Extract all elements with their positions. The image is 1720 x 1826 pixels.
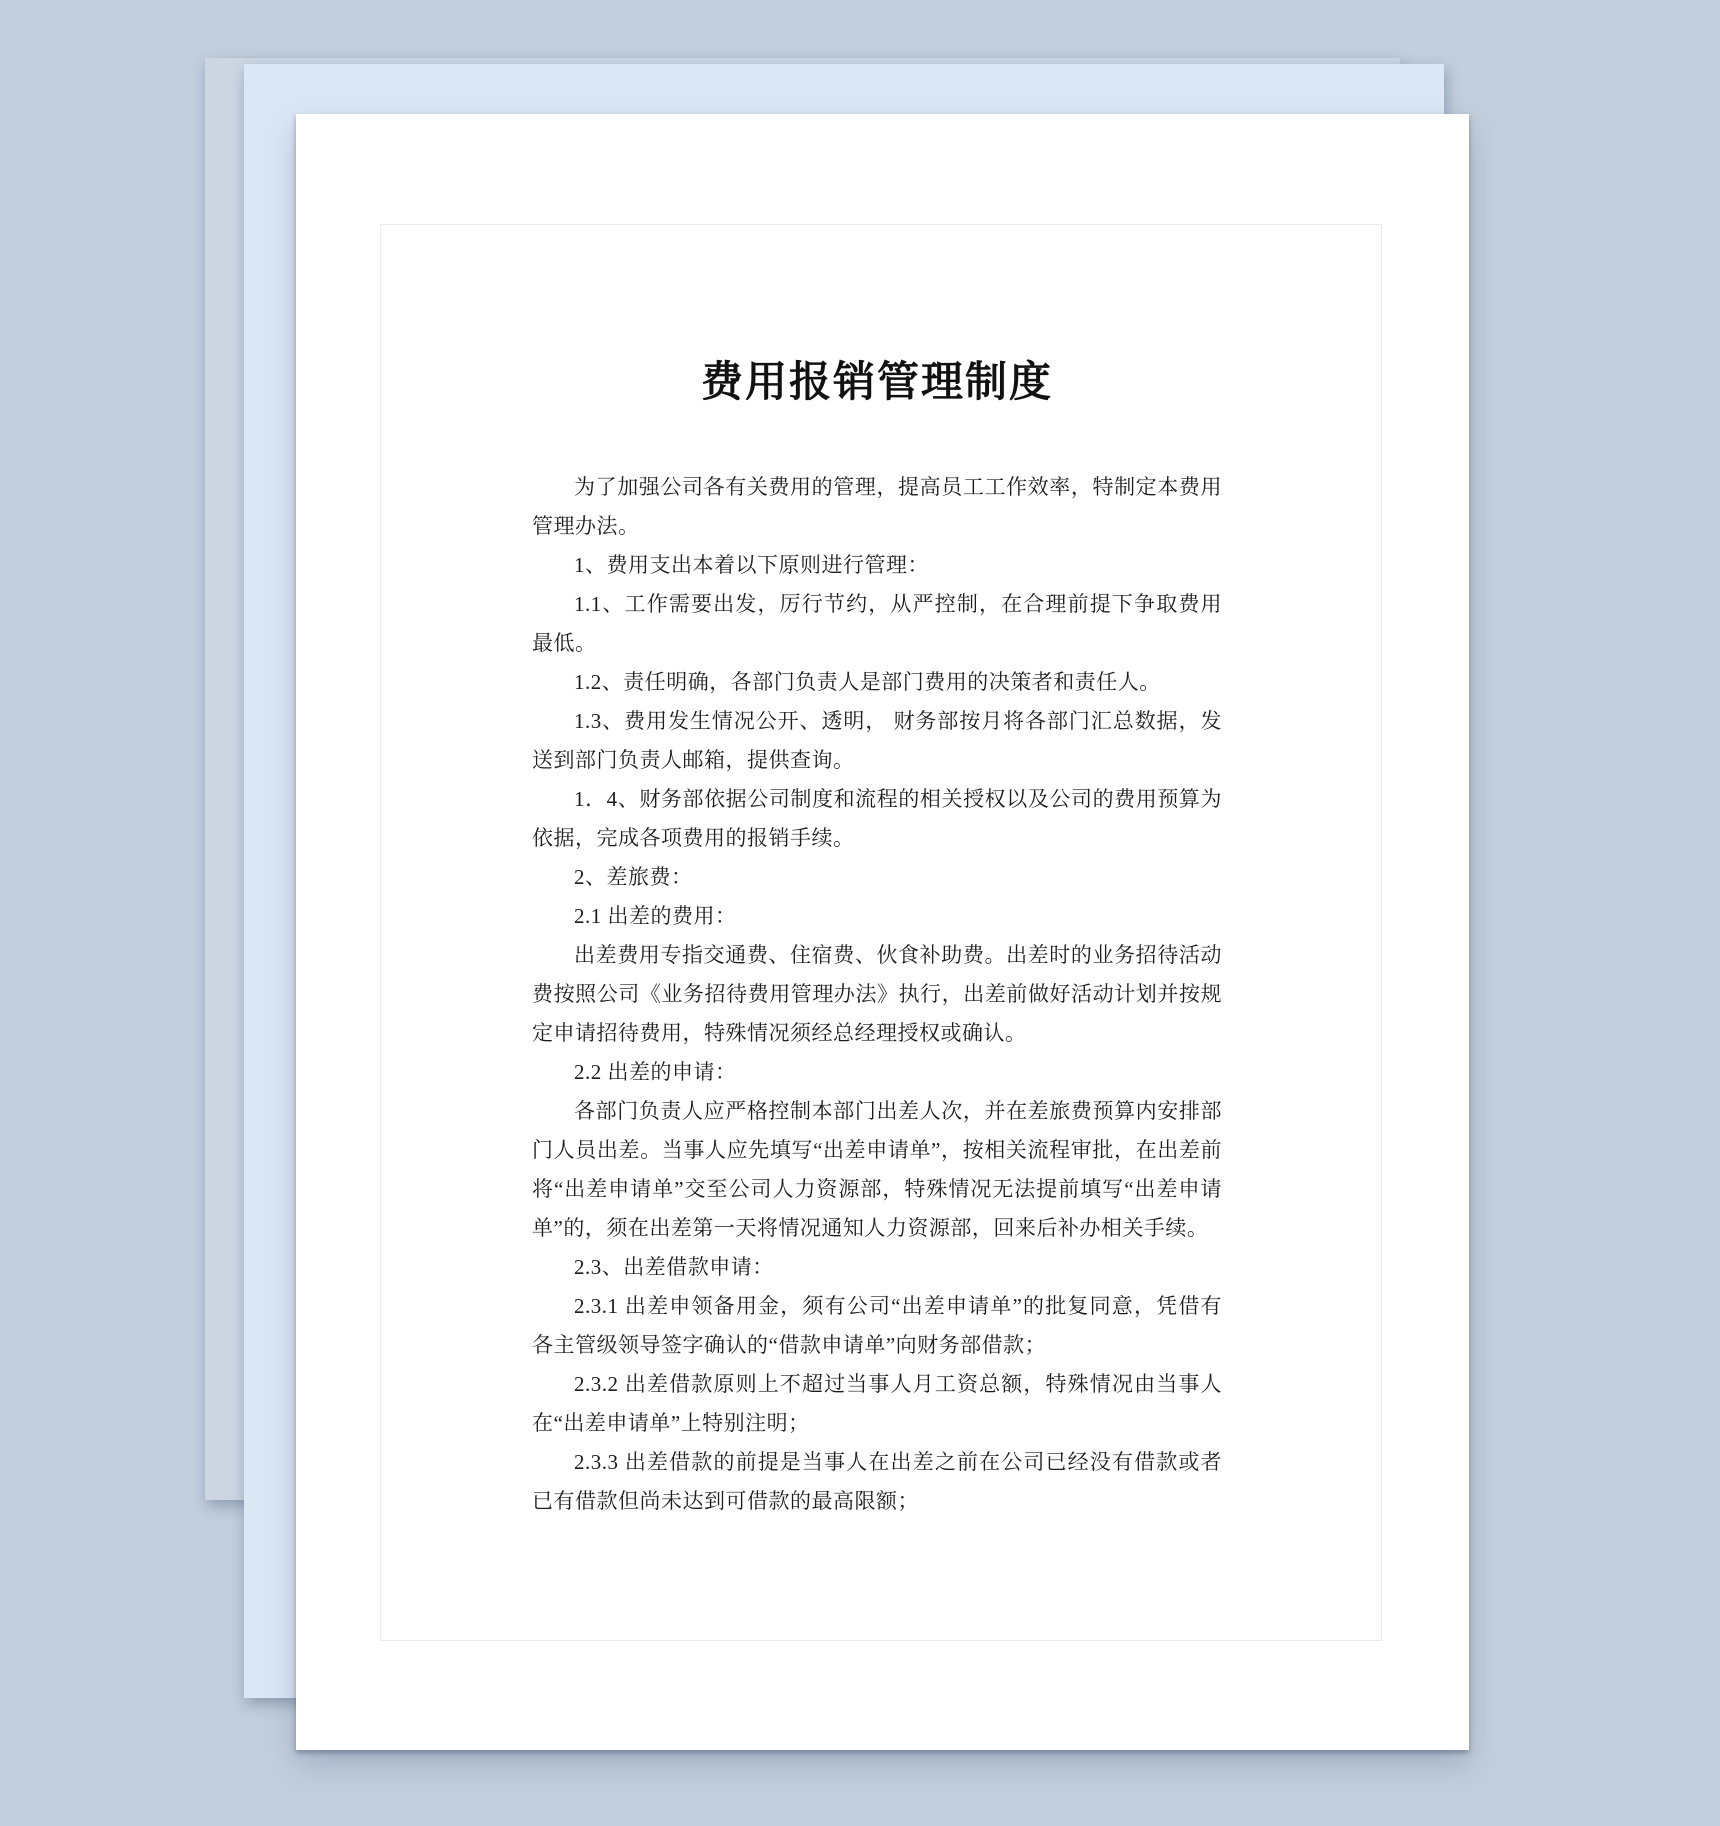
paragraph: 2.3、出差借款申请：	[532, 1248, 1222, 1287]
document-content: 费用报销管理制度 为了加强公司各有关费用的管理，提高员工工作效率，特制定本费用管…	[532, 361, 1222, 1521]
paragraph: 2、差旅费：	[532, 858, 1222, 897]
paragraph: 1.1、工作需要出发，厉行节约，从严控制，在合理前提下争取费用最低。	[532, 585, 1222, 663]
paragraph: 1．4、财务部依据公司制度和流程的相关授权以及公司的费用预算为依据，完成各项费用…	[532, 780, 1222, 858]
paragraph: 出差费用专指交通费、住宿费、伙食补助费。出差时的业务招待活动费按照公司《业务招待…	[532, 936, 1222, 1053]
paragraph: 2.3.1 出差申领备用金，须有公司“出差申请单”的批复同意，凭借有各主管级领导…	[532, 1287, 1222, 1365]
paragraph: 2.3.3 出差借款的前提是当事人在出差之前在公司已经没有借款或者已有借款但尚未…	[532, 1443, 1222, 1521]
paragraph: 1.2、责任明确，各部门负责人是部门费用的决策者和责任人。	[532, 663, 1222, 702]
paragraph: 各部门负责人应严格控制本部门出差人次，并在差旅费预算内安排部门人员出差。当事人应…	[532, 1092, 1222, 1248]
paragraph: 1、费用支出本着以下原则进行管理：	[532, 546, 1222, 585]
document-body: 为了加强公司各有关费用的管理，提高员工工作效率，特制定本费用管理办法。 1、费用…	[532, 468, 1222, 1521]
paragraph: 1.3、费用发生情况公开、透明， 财务部按月将各部门汇总数据，发送到部门负责人邮…	[532, 702, 1222, 780]
page-title: 费用报销管理制度	[532, 361, 1222, 403]
paragraph: 2.1 出差的费用：	[532, 897, 1222, 936]
paragraph: 2.2 出差的申请：	[532, 1053, 1222, 1092]
paragraph: 2.3.2 出差借款原则上不超过当事人月工资总额，特殊情况由当事人在“出差申请单…	[532, 1365, 1222, 1443]
paragraph: 为了加强公司各有关费用的管理，提高员工工作效率，特制定本费用管理办法。	[532, 468, 1222, 546]
document-page: 费用报销管理制度 为了加强公司各有关费用的管理，提高员工工作效率，特制定本费用管…	[296, 114, 1469, 1750]
